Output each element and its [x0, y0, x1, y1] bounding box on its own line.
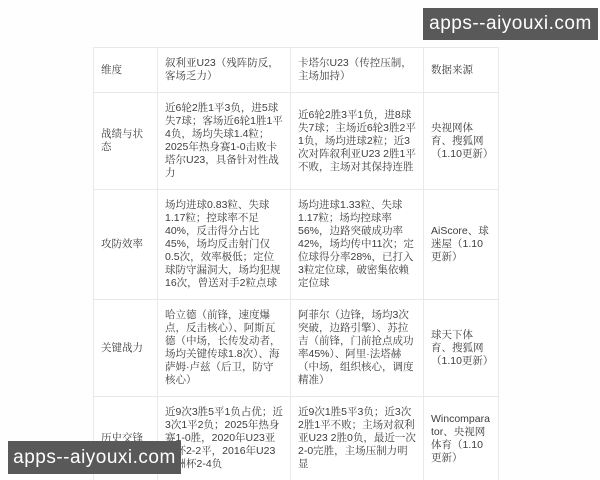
cell-qatar: 近6轮2胜3平1负，进8球失7球；主场近6轮3胜2平1负，场均进球2粒；近3次对…	[291, 93, 424, 190]
table-row-key-players: 关键战力 哈立德（前锋，速度爆点，反击核心）、阿斯瓦德（中场，长传发动者，场均关…	[94, 300, 499, 397]
cell-syria: 近6轮2胜1平3负，进5球失7球；客场近6轮1胜1平4负，场均失球1.4粒；20…	[158, 93, 291, 190]
cell-dimension: 战绩与状态	[94, 93, 158, 190]
col-header-qatar-u23: 卡塔尔U23（传控压制，主场加持）	[291, 48, 424, 93]
table-row-record-form: 战绩与状态 近6轮2胜1平3负，进5球失7球；客场近6轮1胜1平4负，场均失球1…	[94, 93, 499, 190]
cell-qatar: 阿菲尔（边锋，场均3次突破，边路引擎）、苏拉吉（前锋，门前抢点成功率45%）、阿…	[291, 300, 424, 397]
page: apps--aiyouxi.com 维度 叙利亚U23（残阵防反，客场乏力） 卡…	[0, 0, 600, 480]
cell-syria: 场均进球0.83粒、失球1.17粒；控球率不足40%，反击得分占比45%，场均反…	[158, 190, 291, 300]
cell-source: Wincomparator、央视网体育（1.10更新）	[424, 397, 499, 480]
col-header-dimension: 维度	[94, 48, 158, 93]
cell-qatar: 场均进球1.33粒、失球1.17粒；场均控球率56%，边路突破成功率42%，场均…	[291, 190, 424, 300]
watermark-top: apps--aiyouxi.com	[423, 8, 598, 40]
table-header-row: 维度 叙利亚U23（残阵防反，客场乏力） 卡塔尔U23（传控压制，主场加持） 数…	[94, 48, 499, 93]
watermark-bottom: apps--aiyouxi.com	[8, 441, 181, 474]
col-header-data-source: 数据来源	[424, 48, 499, 93]
cell-source: AiScore、球迷屋（1.10更新）	[424, 190, 499, 300]
cell-source: 球天下体育、搜狐网（1.10更新）	[424, 300, 499, 397]
cell-qatar: 近9次1胜5平3负；近3次2胜1平不败；主场对叙利亚U23 2胜0负，最近一次2…	[291, 397, 424, 480]
cell-dimension: 关键战力	[94, 300, 158, 397]
comparison-table: 维度 叙利亚U23（残阵防反，客场乏力） 卡塔尔U23（传控压制，主场加持） 数…	[93, 47, 499, 480]
cell-syria: 哈立德（前锋，速度爆点，反击核心）、阿斯瓦德（中场，长传发动者，场均关键传球1.…	[158, 300, 291, 397]
col-header-syria-u23: 叙利亚U23（残阵防反，客场乏力）	[158, 48, 291, 93]
cell-dimension: 攻防效率	[94, 190, 158, 300]
table-row-attack-defense: 攻防效率 场均进球0.83粒、失球1.17粒；控球率不足40%，反击得分占比45…	[94, 190, 499, 300]
cell-source: 央视网体育、搜狐网（1.10更新）	[424, 93, 499, 190]
